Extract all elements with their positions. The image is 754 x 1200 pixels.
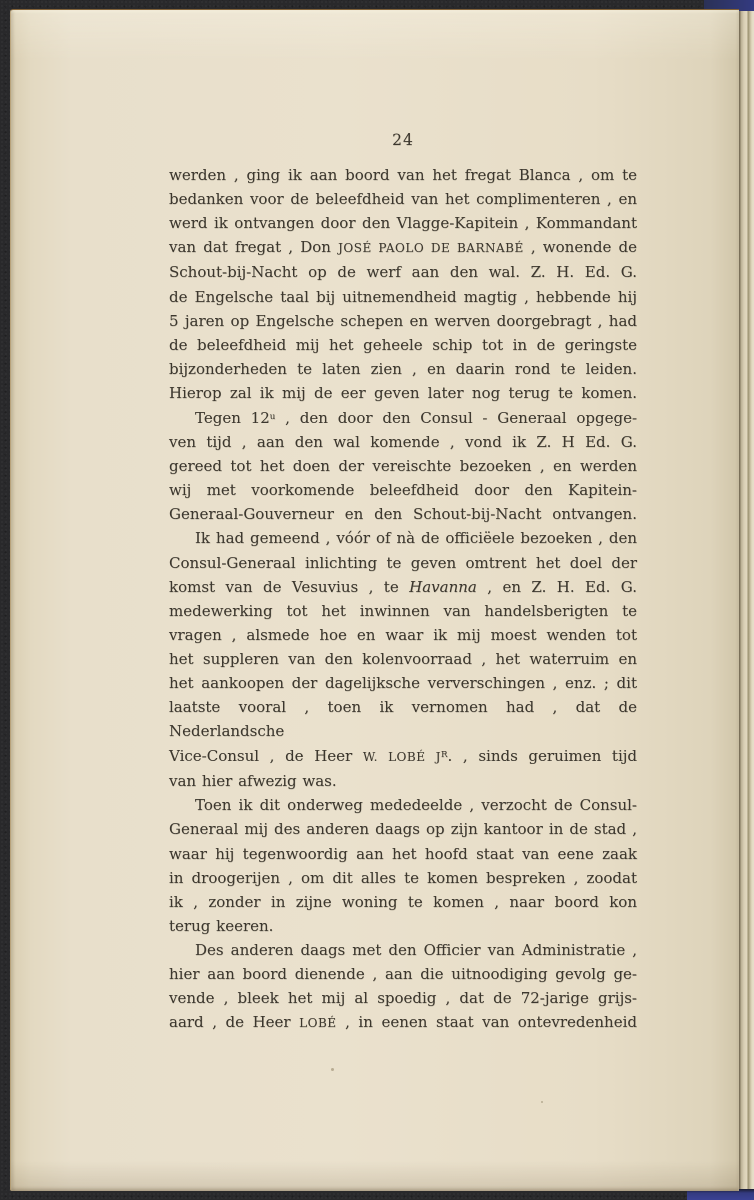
text-segment: de beleefdheid mij het geheele schip tot… (169, 336, 637, 354)
text-line: Vice-Consul , de Heer W. LOBÉ JR. , sind… (169, 743, 637, 769)
text-segment: Generaal-Gouverneur en den Schout-bij-Na… (169, 505, 637, 523)
text-segment: terug keeren. (169, 917, 273, 935)
text-line: Toen ik dit onderweg mededeelde , verzoc… (169, 793, 637, 817)
text-line: het suppleren van den kolenvoorraad , he… (169, 647, 637, 671)
text-line: vende , bleek het mij al spoedig , dat d… (169, 986, 637, 1010)
text-segment: , en Z. H. Ed. G. (477, 578, 637, 596)
text-segment: Ik had gemeend , vóór of nà de officiëel… (195, 529, 637, 547)
text-segment: gereed tot het doen der vereischte bezoe… (169, 457, 637, 475)
text-line: Tegen 12u , den door den Consul - Genera… (169, 405, 637, 430)
text-line: gereed tot het doen der vereischte bezoe… (169, 454, 637, 478)
text-segment: ik , zonder in zijne woning te komen , n… (169, 893, 637, 911)
text-line: laatste vooral , toen ik vernomen had , … (169, 695, 637, 743)
text-line: van dat fregat , Don JOSÉ PAOLO DE BARNA… (169, 235, 637, 260)
text-line: 5 jaren op Engelsche schepen en werven d… (169, 309, 637, 333)
text-segment: 5 jaren op Engelsche schepen en werven d… (169, 312, 637, 330)
text-line: in droogerijen , om dit alles te komen b… (169, 866, 637, 890)
text-segment: . , sinds geruimen tijd (448, 747, 638, 765)
text-line: Hierop zal ik mij de eer geven later nog… (169, 381, 637, 405)
text-segment: vende , bleek het mij al spoedig , dat d… (169, 989, 637, 1007)
text-segment: Havanna (409, 578, 477, 596)
text-line: aard , de Heer LOBÉ , in eenen staat van… (169, 1010, 637, 1035)
text-segment: werd ik ontvangen door den Vlagge-Kapite… (169, 214, 637, 232)
text-line: Generaal mij des anderen daags op zijn k… (169, 817, 637, 841)
body-text: werden , ging ik aan boord van het frega… (169, 163, 637, 1035)
text-segment: , in eenen staat van ontevredenheid (337, 1013, 637, 1031)
text-segment: vragen , alsmede hoe en waar ik mij moes… (169, 626, 637, 644)
text-line: ven tijd , aan den wal komende , vond ik… (169, 430, 637, 454)
text-line: de Engelsche taal bij uitnemendheid magt… (169, 285, 637, 309)
text-line: van hier afwezig was. (169, 769, 637, 793)
text-segment: van hier afwezig was. (169, 772, 337, 790)
text-segment: het aankoopen der dagelijksche verversch… (169, 674, 637, 692)
text-line: Ik had gemeend , vóór of nà de officiëel… (169, 526, 637, 550)
text-line: de beleefdheid mij het geheele schip tot… (169, 333, 637, 357)
text-line: medewerking tot het inwinnen van handels… (169, 599, 637, 623)
text-segment: JOSÉ PAOLO DE BARNABÉ (338, 241, 524, 255)
text-segment: Consul-Generaal inlichting te geven omtr… (169, 554, 637, 572)
text-line: bijzonderheden te laten zien , en daarin… (169, 357, 637, 381)
text-segment: Schout-bij-Nacht op de werf aan den wal.… (169, 263, 637, 281)
text-segment: van dat fregat , Don (169, 238, 338, 256)
text-line: hier aan boord dienende , aan die uitnoo… (169, 962, 637, 986)
text-line: komst van de Vesuvius , te Havanna , en … (169, 575, 637, 599)
text-segment: komst van de Vesuvius , te (169, 578, 409, 596)
text-segment: waar hij tegenwoordig aan het hoofd staa… (169, 845, 637, 863)
text-block: 24 werden , ging ik aan boord van het fr… (169, 128, 637, 1035)
text-line: waar hij tegenwoordig aan het hoofd staa… (169, 842, 637, 866)
text-segment: Hierop zal ik mij de eer geven later nog… (169, 384, 637, 402)
text-segment: bedanken voor de beleefdheid van het com… (169, 190, 637, 208)
text-segment: Generaal mij des anderen daags op zijn k… (169, 820, 637, 838)
text-segment: hier aan boord dienende , aan die uitnoo… (169, 965, 637, 983)
text-segment: Toen ik dit onderweg mededeelde , verzoc… (195, 796, 637, 814)
text-line: bedanken voor de beleefdheid van het com… (169, 187, 637, 211)
scan-background: { "theme": { "paper": "#e8dfcb", "ink": … (0, 0, 754, 1200)
text-line: vragen , alsmede hoe en waar ik mij moes… (169, 623, 637, 647)
text-segment: Des anderen daags met den Officier van A… (195, 941, 637, 959)
text-segment: ven tijd , aan den wal komende , vond ik… (169, 433, 637, 451)
text-segment: de Engelsche taal bij uitnemendheid magt… (169, 288, 637, 306)
paper-speck (331, 1068, 334, 1071)
text-segment: laatste vooral , toen ik vernomen had , … (169, 698, 637, 740)
text-line: Consul-Generaal inlichting te geven omtr… (169, 551, 637, 575)
text-segment: Vice-Consul , de Heer (169, 747, 363, 765)
text-line: Des anderen daags met den Officier van A… (169, 938, 637, 962)
text-segment: , wonende de (524, 238, 637, 256)
text-line: werden , ging ik aan boord van het frega… (169, 163, 637, 187)
text-segment: LOBÉ (299, 1016, 336, 1030)
text-segment: werden , ging ik aan boord van het frega… (169, 166, 637, 184)
text-line: werd ik ontvangen door den Vlagge-Kapite… (169, 211, 637, 235)
text-segment: , den door den Consul - Generaal opgege- (275, 409, 637, 427)
text-segment: W. LOBÉ J (363, 750, 441, 764)
text-line: het aankoopen der dagelijksche verversch… (169, 671, 637, 695)
text-segment: het suppleren van den kolenvoorraad , he… (169, 650, 637, 668)
adjacent-page-edge (738, 11, 754, 1189)
text-segment: in droogerijen , om dit alles te komen b… (169, 869, 637, 887)
text-segment: wij met voorkomende beleefdheid door den… (169, 481, 637, 499)
text-segment: bijzonderheden te laten zien , en daarin… (169, 360, 637, 378)
text-segment: medewerking tot het inwinnen van handels… (169, 602, 637, 620)
paper-speck (541, 1101, 543, 1103)
text-line: wij met voorkomende beleefdheid door den… (169, 478, 637, 502)
text-line: Generaal-Gouverneur en den Schout-bij-Na… (169, 502, 637, 526)
text-line: Schout-bij-Nacht op de werf aan den wal.… (169, 260, 637, 284)
text-segment: aard , de Heer (169, 1013, 299, 1031)
page-number: 24 (169, 128, 637, 152)
text-line: terug keeren. (169, 914, 637, 938)
text-segment: Tegen 12 (195, 409, 270, 427)
text-line: ik , zonder in zijne woning te komen , n… (169, 890, 637, 914)
